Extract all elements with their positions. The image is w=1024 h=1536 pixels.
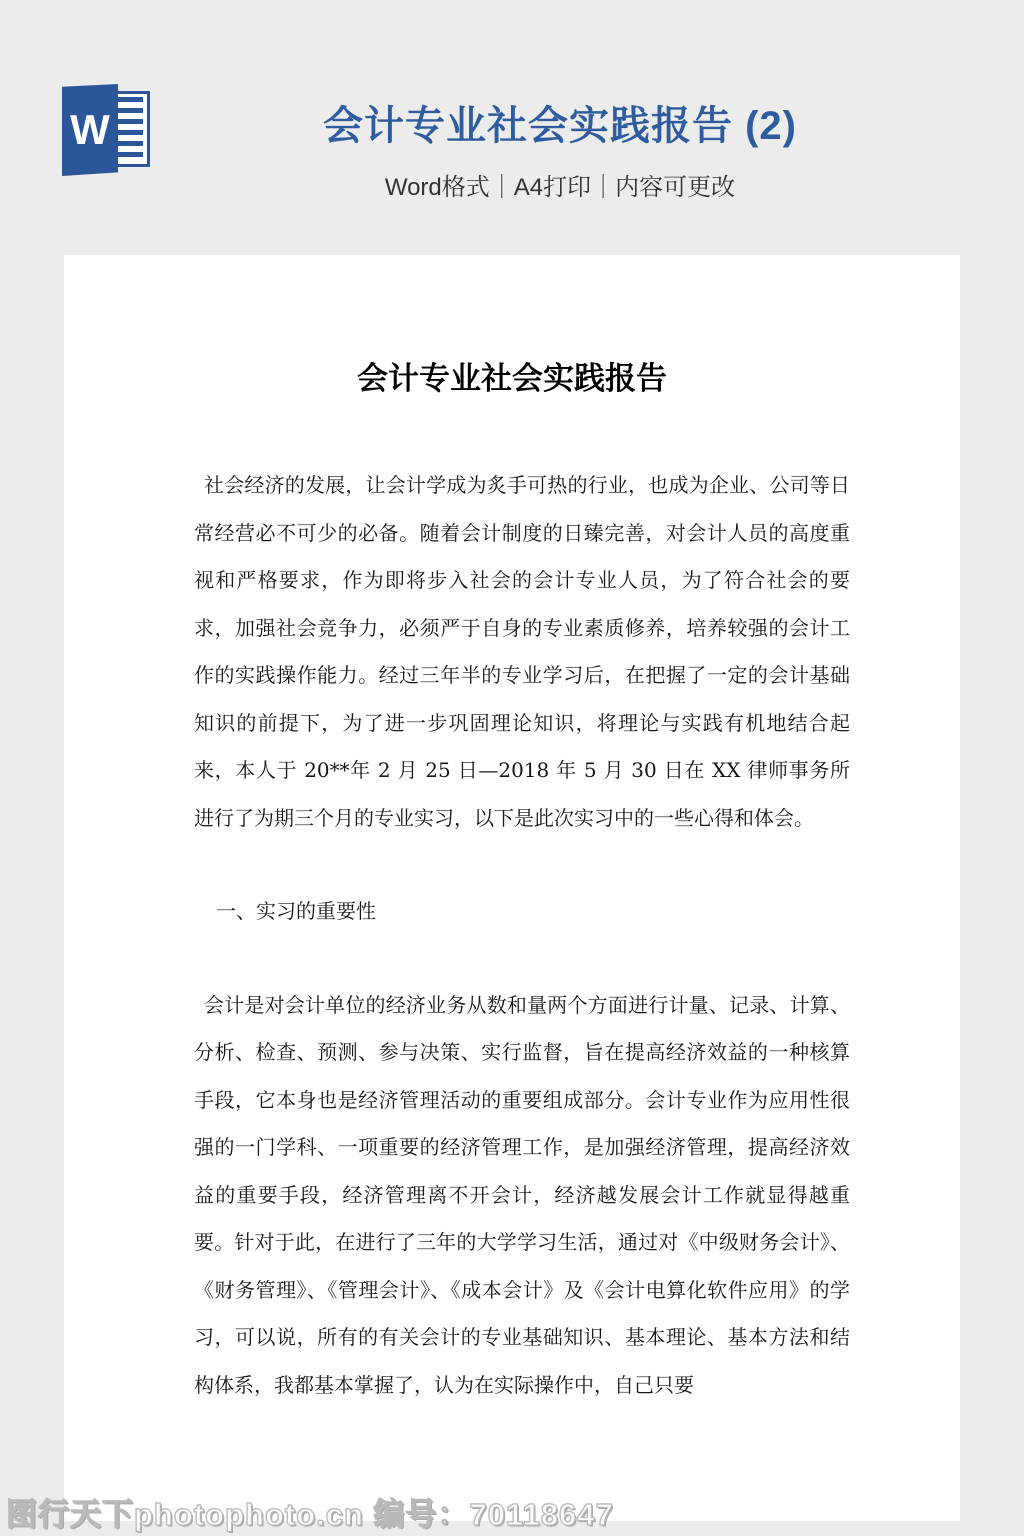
word-icon-letter: W (70, 109, 110, 151)
word-icon-document-sheet (114, 91, 150, 167)
word-file-icon: W (62, 84, 152, 176)
document-page: 会计专业社会实践报告 社会经济的发展，让会计学成为炙手可热的行业，也成为企业、公… (64, 255, 960, 1521)
template-subtitle: Word格式｜A4打印｜内容可更改 (152, 167, 968, 202)
watermark: 图行天下photophoto.cn 编号：70118647 (6, 1489, 614, 1534)
section-heading: 一、实习的重要性 (194, 888, 850, 936)
document-body: 社会经济的发展，让会计学成为炙手可热的行业，也成为企业、公司等日常经营必不可少的… (194, 462, 850, 1409)
header-text-block: 会计专业社会实践报告 (2) Word格式｜A4打印｜内容可更改 (152, 84, 1024, 202)
body-paragraph: 社会经济的发展，让会计学成为炙手可热的行业，也成为企业、公司等日常经营必不可少的… (194, 462, 850, 842)
header: W 会计专业社会实践报告 (2) Word格式｜A4打印｜内容可更改 (0, 0, 1024, 255)
body-paragraph: 会计是对会计单位的经济业务从数和量两个方面进行计量、记录、计算、分析、检查、预测… (194, 982, 850, 1410)
word-icon-text-lines (117, 97, 143, 161)
template-title: 会计专业社会实践报告 (2) (152, 94, 968, 151)
word-icon-front-panel: W (62, 84, 118, 176)
document-title: 会计专业社会实践报告 (64, 358, 960, 400)
